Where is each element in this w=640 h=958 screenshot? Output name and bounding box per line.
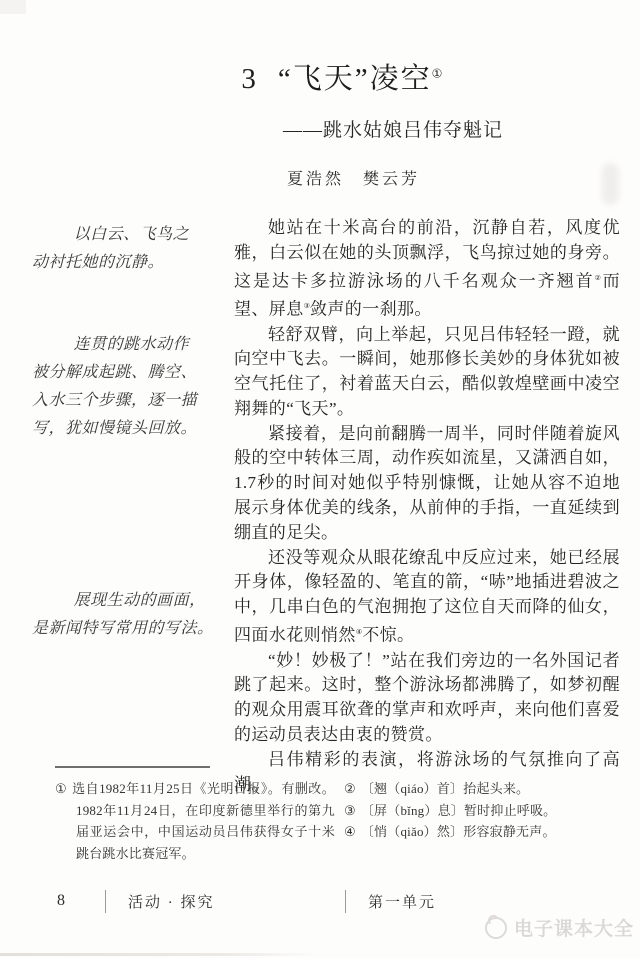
paragraph: 她站在十米高台的前沿，沉静自若，风度优雅，白云似在她的头顶飘浮，飞鸟掠过她的身旁… bbox=[234, 216, 620, 323]
authors: 夏浩然 樊云芳 bbox=[287, 166, 420, 189]
footnote-marker: ③ bbox=[344, 803, 356, 818]
footnote-text: 选自1982年11月25日《光明日报》。有删改。1982年11月24日，在印度新… bbox=[72, 781, 335, 861]
footnotes-right-column: ②〔翘（qiáo）首〕抬起头来。 ③〔屏（bǐng）息〕暂时抑止呼吸。 ④〔悄（… bbox=[344, 778, 622, 843]
paragraph: 轻舒双臂，向上举起，只见吕伟轻轻一蹬，就向空中飞去。一瞬间，她那修长美妙的身体犹… bbox=[234, 323, 620, 422]
footnote-text: 〔屏（bǐng）息〕暂时抑止呼吸。 bbox=[361, 803, 557, 818]
textbook-page: 3“飞天”凌空① ——跳水姑娘吕伟夺魁记 夏浩然 樊云芳 以白云、飞鸟之 动衬托… bbox=[0, 0, 640, 958]
margin-note: 以白云、飞鸟之 动衬托她的沉静。 bbox=[32, 220, 224, 276]
footnote-divider bbox=[55, 766, 210, 768]
watermark-text: 电子课本大全 bbox=[514, 914, 634, 941]
footnote: ①选自1982年11月25日《光明日报》。有删改。1982年11月24日，在印度… bbox=[55, 778, 335, 864]
footnote-text: 〔翘（qiáo）首〕抬起头来。 bbox=[361, 781, 529, 796]
scan-edge-smudge bbox=[602, 163, 619, 205]
lesson-title: “飞天”凌空① bbox=[278, 63, 443, 95]
paragraph: 还没等观众从眼花缭乱中反应过来，她已经展开身体，像轻盈的、笔直的箭，“哧”地插进… bbox=[234, 546, 620, 649]
footnote: ③〔屏（bǐng）息〕暂时抑止呼吸。 bbox=[344, 800, 622, 822]
footnotes-left-column: ①选自1982年11月25日《光明日报》。有删改。1982年11月24日，在印度… bbox=[55, 778, 335, 864]
scan-bottom-strip bbox=[0, 953, 320, 956]
footnote-text: 〔悄（qiǎo）然〕形容寂静无声。 bbox=[361, 824, 556, 839]
paragraph: 紧接着，是向前翻腾一周半，同时伴随着旋风般的空中转体三周，动作疾如流星，又潇洒自… bbox=[234, 422, 620, 546]
site-watermark: 电子课本大全 bbox=[485, 914, 634, 941]
footnote-marker: ① bbox=[55, 781, 67, 796]
paragraph: “妙！妙极了！”站在我们旁边的一名外国记者跳了起来。这时，整个游泳场都沸腾了，如… bbox=[234, 649, 620, 748]
scan-corner-artifact bbox=[0, 0, 26, 14]
lesson-number: 3 bbox=[241, 63, 258, 95]
footnote-marker: ④ bbox=[344, 824, 356, 839]
footnote: ④〔悄（qiǎo）然〕形容寂静无声。 bbox=[344, 821, 622, 843]
margin-note: 连贯的跳水动作 被分解成起跳、腾空、 入水三个步骤，逐一描 写，犹如慢镜头回放。 bbox=[32, 330, 224, 442]
lesson-title-row: 3“飞天”凌空① bbox=[0, 56, 640, 97]
footnote-marker: ② bbox=[344, 781, 356, 796]
watermark-logo-icon bbox=[485, 917, 507, 939]
page-number: 8 bbox=[57, 892, 65, 910]
footnote: ②〔翘（qiáo）首〕抬起头来。 bbox=[344, 778, 622, 800]
body-text-column: 她站在十米高台的前沿，沉静自若，风度优雅，白云似在她的头顶飘浮，飞鸟掠过她的身旁… bbox=[234, 216, 620, 797]
footer-section-label: 活动 · 探究 bbox=[128, 891, 215, 912]
margin-note: 展现生动的画面， 是新闻特写常用的写法。 bbox=[32, 586, 224, 642]
footer-unit-label: 第一单元 bbox=[368, 891, 436, 912]
lesson-subtitle: ——跳水姑娘吕伟夺魁记 bbox=[283, 115, 503, 142]
page-footer: 8 活动 · 探究 第一单元 bbox=[0, 891, 640, 915]
footer-divider-bar bbox=[345, 890, 346, 913]
footer-divider-bar bbox=[105, 890, 106, 913]
